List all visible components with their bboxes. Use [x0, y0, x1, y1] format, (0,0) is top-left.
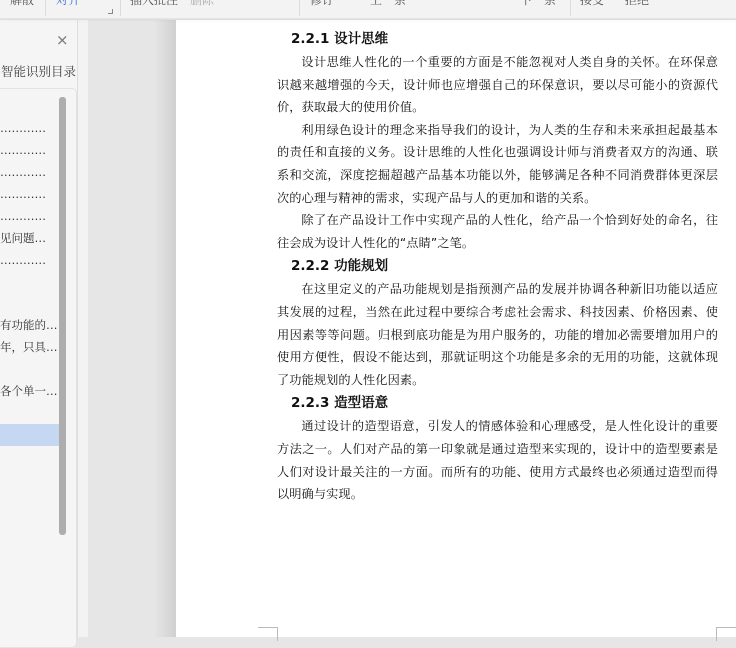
document-canvas	[88, 20, 176, 637]
page-margin-mark	[716, 627, 736, 637]
ribbon-toolbar: 解散 对齐 插入批注 删除 修订 上一条 下一条 接受 拒绝	[0, 0, 736, 19]
toolbar-item[interactable]: 修订	[310, 0, 334, 8]
paragraph: 利用绿色设计的理念来指导我们的设计，为人类的生存和未来承担起最基本的责任和直接的…	[277, 119, 718, 209]
page-margin-mark	[258, 627, 278, 637]
toc-item[interactable]: 年，只具…	[0, 337, 59, 357]
toolbar-divider	[299, 0, 300, 16]
toc-item[interactable]: …………	[0, 184, 59, 204]
document-page[interactable]: 2.2.1 设计思维 设计思维人性化的一个重要的方面是不能忽视对人类自身的关怀。…	[176, 20, 736, 637]
section-heading: 2.2.1 设计思维	[277, 27, 718, 51]
paragraph: 在这里定义的产品功能规划是指预测产品的发展并协调各种新旧功能以适应其发展的过程，…	[277, 278, 718, 391]
toc-item[interactable]: 见问题…	[0, 228, 59, 248]
toc-item-label: …………	[0, 209, 46, 223]
paragraph: 除了在产品设计工作中实现产品的人性化，给产品一个恰到好处的命名，往往会成为设计人…	[277, 209, 718, 254]
toc-items-layer: ………… ………… ………… ………… ………… 见问题… ………… 有功能的……	[0, 20, 78, 637]
toolbar-divider	[120, 0, 121, 16]
toc-item-label: 有功能的…	[0, 318, 58, 332]
toolbar-item[interactable]: 插入批注	[130, 0, 178, 8]
toc-item-label: …………	[0, 143, 46, 157]
toolbar-item[interactable]: 删除	[190, 0, 214, 8]
toc-item[interactable]: 各个单一…	[0, 381, 59, 401]
pane-gutter	[78, 20, 88, 637]
paragraph: 通过设计的造型语意，引发人的情感体验和心理感受，是人性化设计的重要方法之一。人们…	[277, 415, 718, 505]
toc-item-label: 年，只具…	[0, 340, 58, 354]
section-heading: 2.2.2 功能规划	[277, 254, 718, 278]
toc-item[interactable]: …………	[0, 250, 59, 270]
paragraph: 设计思维人性化的一个重要的方面是不能忽视对人类自身的关怀。在环保意识越来越增强的…	[277, 51, 718, 119]
toc-item[interactable]: …………	[0, 162, 59, 182]
toc-item-label: …………	[0, 165, 46, 179]
toc-item-label: …………	[0, 121, 46, 135]
toc-item-label: 各个单一…	[0, 384, 58, 398]
toc-item[interactable]: …………	[0, 140, 59, 160]
toc-item[interactable]: 有功能的…	[0, 315, 59, 335]
toolbar-divider	[570, 0, 571, 16]
toc-scrollbar[interactable]	[59, 97, 66, 535]
document-body: 2.2.1 设计思维 设计思维人性化的一个重要的方面是不能忽视对人类自身的关怀。…	[277, 27, 718, 506]
toc-item-label: …………	[0, 187, 46, 201]
toc-item-label: 见问题…	[0, 231, 46, 245]
toolbar-item[interactable]: 解散	[10, 0, 34, 8]
toc-item[interactable]: …………	[0, 206, 59, 226]
toolbar-item[interactable]: 接受	[580, 0, 604, 8]
toc-item-selected[interactable]	[0, 424, 59, 446]
toc-item[interactable]: …………	[0, 118, 59, 138]
toolbar-divider	[45, 0, 46, 16]
toolbar-item[interactable]: 对齐	[56, 0, 80, 8]
section-heading: 2.2.3 造型语意	[277, 391, 718, 415]
toc-item-label: …………	[0, 253, 46, 267]
toolbar-item[interactable]: 上一条	[370, 0, 406, 8]
toolbar-item[interactable]: 拒绝	[625, 0, 649, 8]
toolbar-item[interactable]: 下一条	[520, 0, 556, 8]
group-expand-icon[interactable]	[108, 9, 113, 14]
